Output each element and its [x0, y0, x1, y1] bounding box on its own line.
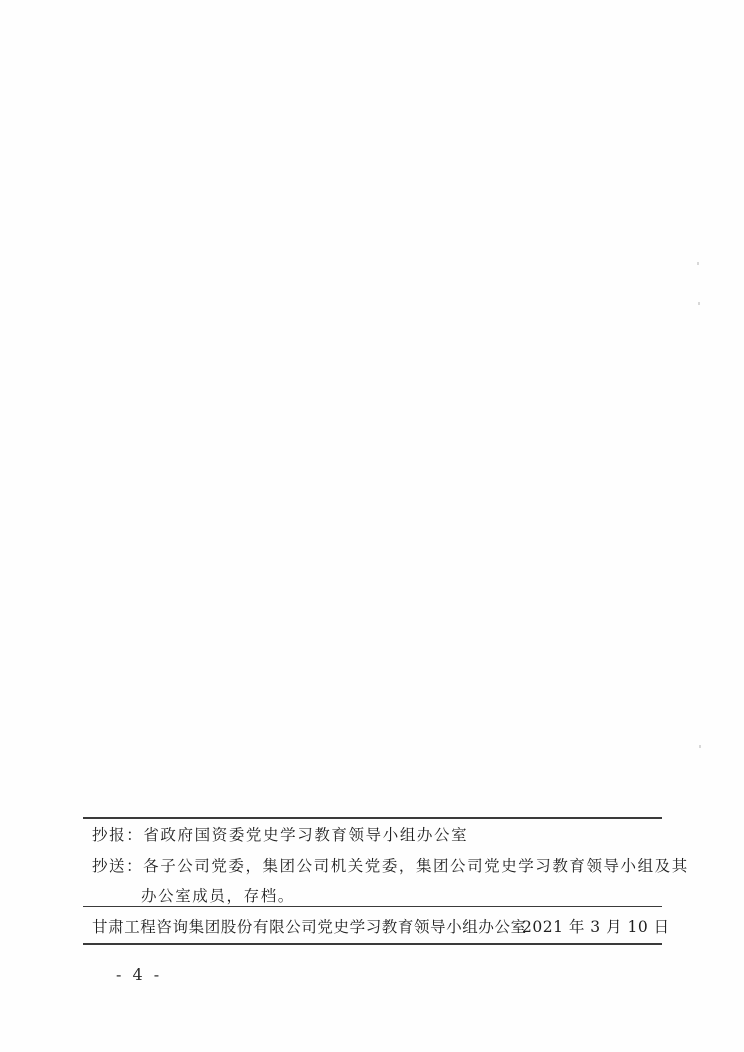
cc-report-text: 省政府国资委党史学习教育领导小组办公室 — [143, 826, 468, 844]
issuer-name: 甘肃工程咨询集团股份有限公司党史学习教育领导小组办公室 — [92, 917, 527, 937]
cc-send-continuation: 办公室成员，存档。 — [141, 886, 295, 906]
divider-bottom — [83, 943, 662, 945]
scan-speck — [697, 262, 699, 265]
cc-report-line: 抄报：省政府国资委党史学习教育领导小组办公室 — [92, 825, 468, 845]
scan-speck — [698, 302, 700, 305]
divider-middle — [83, 906, 662, 907]
cc-send-line: 抄送：各子公司党委，集团公司机关党委，集团公司党史学习教育领导小组及其 — [92, 856, 689, 876]
cc-send-label: 抄送： — [92, 857, 143, 875]
divider-top — [83, 817, 662, 819]
page-number: - 4 - — [116, 965, 162, 985]
scan-speck — [699, 745, 701, 748]
cc-report-label: 抄报： — [92, 826, 143, 844]
issue-date: 2021 年 3 月 10 日 — [522, 917, 670, 937]
cc-send-text: 各子公司党委，集团公司机关党委，集团公司党史学习教育领导小组及其 — [143, 857, 689, 875]
document-page: 抄报：省政府国资委党史学习教育领导小组办公室 抄送：各子公司党委，集团公司机关党… — [0, 0, 744, 1052]
